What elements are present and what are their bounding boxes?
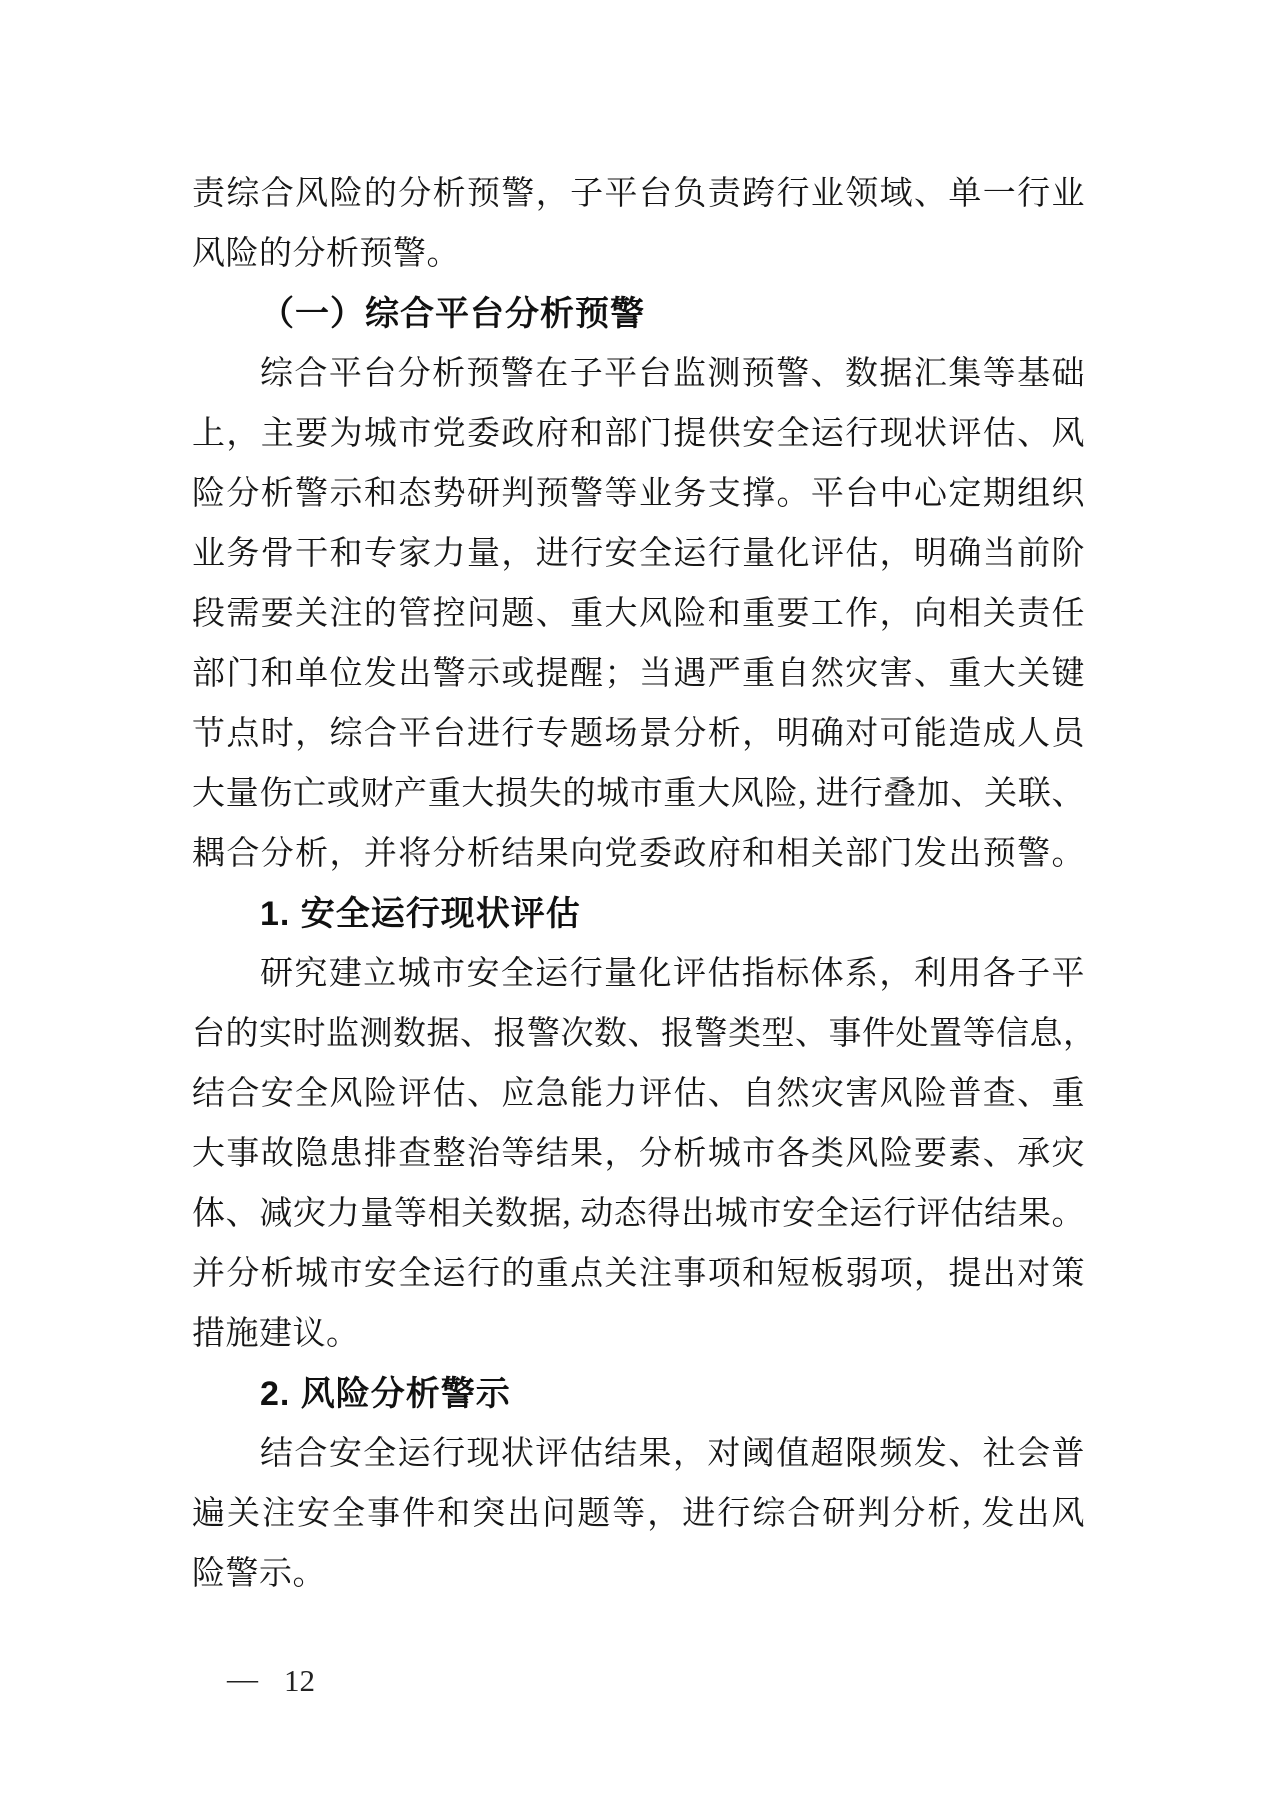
paragraph-subsection1: 研究建立城市安全运行量化评估指标体系，利用各子平 台的实时监测数据、报警次数、报… <box>192 944 1085 1364</box>
text-line: 节点时，综合平台进行专题场景分析，明确对可能造成人员 <box>192 704 1085 764</box>
subsection-heading-1: 1. 安全运行现状评估 <box>192 884 1085 944</box>
text-line: 上，主要为城市党委政府和部门提供安全运行现状评估、风 <box>192 404 1085 464</box>
footer-dash: — <box>227 1660 258 1698</box>
text-line: 遍关注安全事件和突出问题等，进行综合研判分析, 发出风 <box>192 1484 1085 1544</box>
section-heading: （一）综合平台分析预警 <box>192 284 1085 344</box>
text-line: 部门和单位发出警示或提醒；当遇严重自然灾害、重大关键 <box>192 644 1085 704</box>
text-line: 综合平台分析预警在子平台监测预警、数据汇集等基础 <box>192 344 1085 404</box>
text-line: 结合安全运行现状评估结果，对阈值超限频发、社会普 <box>192 1424 1085 1484</box>
text-line: 责综合风险的分析预警，子平台负责跨行业领域、单一行业 <box>192 164 1085 224</box>
text-line: 台的实时监测数据、报警次数、报警类型、事件处置等信息， <box>192 1004 1085 1064</box>
paragraph-continuation: 责综合风险的分析预警，子平台负责跨行业领域、单一行业 风险的分析预警。 <box>192 164 1085 284</box>
paragraph-section1: 综合平台分析预警在子平台监测预警、数据汇集等基础 上，主要为城市党委政府和部门提… <box>192 344 1085 884</box>
text-line: 研究建立城市安全运行量化评估指标体系，利用各子平 <box>192 944 1085 1004</box>
text-line: 业务骨干和专家力量，进行安全运行量化评估，明确当前阶 <box>192 524 1085 584</box>
text-line: 耦合分析，并将分析结果向党委政府和相关部门发出预警。 <box>192 824 1085 884</box>
text-line: 体、减灾力量等相关数据, 动态得出城市安全运行评估结果。 <box>192 1184 1085 1244</box>
document-body: 责综合风险的分析预警，子平台负责跨行业领域、单一行业 风险的分析预警。 （一）综… <box>192 164 1085 1604</box>
paragraph-subsection2: 结合安全运行现状评估结果，对阈值超限频发、社会普 遍关注安全事件和突出问题等，进… <box>192 1424 1085 1604</box>
text-line: 并分析城市安全运行的重点关注事项和短板弱项，提出对策 <box>192 1244 1085 1304</box>
text-line: 险分析警示和态势研判预警等业务支撑。平台中心定期组织 <box>192 464 1085 524</box>
page-number: 12 <box>284 1663 315 1698</box>
text-line: 措施建议。 <box>192 1304 1085 1364</box>
text-line: 段需要关注的管控问题、重大风险和重要工作，向相关责任 <box>192 584 1085 644</box>
text-line: 大量伤亡或财产重大损失的城市重大风险, 进行叠加、关联、 <box>192 764 1085 824</box>
text-line: 风险的分析预警。 <box>192 224 1085 284</box>
text-line: 险警示。 <box>192 1544 1085 1604</box>
document-page: 责综合风险的分析预警，子平台负责跨行业领域、单一行业 风险的分析预警。 （一）综… <box>0 0 1280 1810</box>
text-line: 大事故隐患排查整治等结果，分析城市各类风险要素、承灾 <box>192 1124 1085 1184</box>
text-line: 结合安全风险评估、应急能力评估、自然灾害风险普查、重 <box>192 1064 1085 1124</box>
page-footer: —12 <box>227 1662 315 1700</box>
subsection-heading-2: 2. 风险分析警示 <box>192 1364 1085 1424</box>
